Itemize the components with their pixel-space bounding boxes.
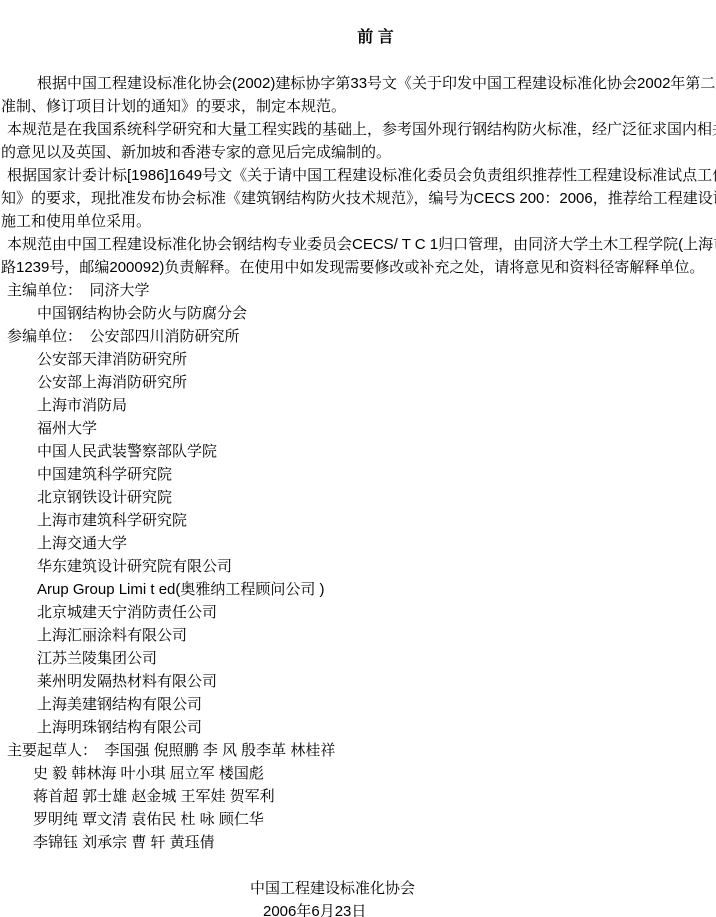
participating-label-line: 参编单位： 公安部四川消防研究所 — [0, 325, 716, 348]
chief-editor-line: 主编单位： 同济大学 — [0, 279, 716, 302]
participating-unit-line: 上海交通大学 — [0, 532, 716, 555]
drafter-names-line: 李锦钰 刘承宗 曹 轩 黄珏倩 — [0, 831, 716, 854]
paragraph-line: 知》的要求，现批准发布协会标准《建筑钢结构防火技术规范》，编号为CECS 200… — [0, 187, 716, 210]
drafters-label-line: 主要起草人： 李国强 倪照鹏 李 风 殷李革 林桂祥 — [0, 739, 716, 762]
participating-unit-line: 江苏兰陵集团公司 — [0, 647, 716, 670]
drafter-names-line: 史 毅 韩林海 叶小琪 屈立军 楼国彪 — [0, 762, 716, 785]
participating-unit-line: Arup Group Limi t ed(奥雅纳工程顾问公司 ) — [0, 578, 716, 601]
participating-unit-line: 中国建筑科学研究院 — [0, 463, 716, 486]
participating-unit-line: 福州大学 — [0, 417, 716, 440]
participating-unit-line: 北京钢铁设计研究院 — [0, 486, 716, 509]
chief-editor-extra-line: 中国钢结构协会防火与防腐分会 — [0, 302, 716, 325]
drafter-names-line: 蒋首超 郭士雄 赵金城 王军娃 贺军利 — [0, 785, 716, 808]
paragraph-line: 本规范是在我国系统科学研究和大量工程实践的基础上，参考国外现行钢结构防火标准，经… — [0, 118, 716, 141]
participating-unit-line: 中国人民武装警察部队学院 — [0, 440, 716, 463]
paragraph-line: 根据中国工程建设标准化协会(2002)建标协字第33号文《关于印发中国工程建设标… — [0, 72, 716, 95]
participating-unit-line: 上海美建钢结构有限公司 — [0, 693, 716, 716]
drafter-names-line: 罗明纯 覃文清 袁佑民 杜 咏 顾仁华 — [0, 808, 716, 831]
participating-unit-line: 华东建筑设计研究院有限公司 — [0, 555, 716, 578]
paragraph-line: 准制、修订项目计划的通知》的要求，制定本规范。 — [0, 95, 716, 118]
blank-line — [0, 854, 716, 877]
footer-date: 2006年6月23日 — [0, 900, 716, 917]
preface-page: 前 言 根据中国工程建设标准化协会(2002)建标协字第33号文《关于印发中国工… — [0, 0, 716, 917]
participating-unit-line: 上海明珠钢结构有限公司 — [0, 716, 716, 739]
blank-line — [0, 49, 716, 72]
participating-unit-line: 莱州明发隔热材料有限公司 — [0, 670, 716, 693]
participating-unit-line: 公安部上海消防研究所 — [0, 371, 716, 394]
footer-organization: 中国工程建设标准化协会 — [0, 877, 716, 900]
participating-unit-line: 北京城建天宁消防责任公司 — [0, 601, 716, 624]
paragraph-line: 的意见以及英国、新加坡和香港专家的意见后完成编制的。 — [0, 141, 716, 164]
preface-title: 前 言 — [0, 26, 716, 49]
paragraph-line: 施工和使用单位采用。 — [0, 210, 716, 233]
paragraph-line: 本规范由中国工程建设标准化协会钢结构专业委员会CECS/ T C 1归口管理，由… — [0, 233, 716, 256]
participating-unit-line: 上海汇丽涂料有限公司 — [0, 624, 716, 647]
participating-unit-line: 上海市建筑科学研究院 — [0, 509, 716, 532]
participating-unit-line: 公安部天津消防研究所 — [0, 348, 716, 371]
participating-unit-line: 上海市消防局 — [0, 394, 716, 417]
paragraph-line: 路1239号，邮编200092)负责解释。在使用中如发现需要修改或补充之处，请将… — [0, 256, 716, 279]
paragraph-line: 根据国家计委计标[1986]1649号文《关于请中国工程建设标准化委员会负责组织… — [0, 164, 716, 187]
